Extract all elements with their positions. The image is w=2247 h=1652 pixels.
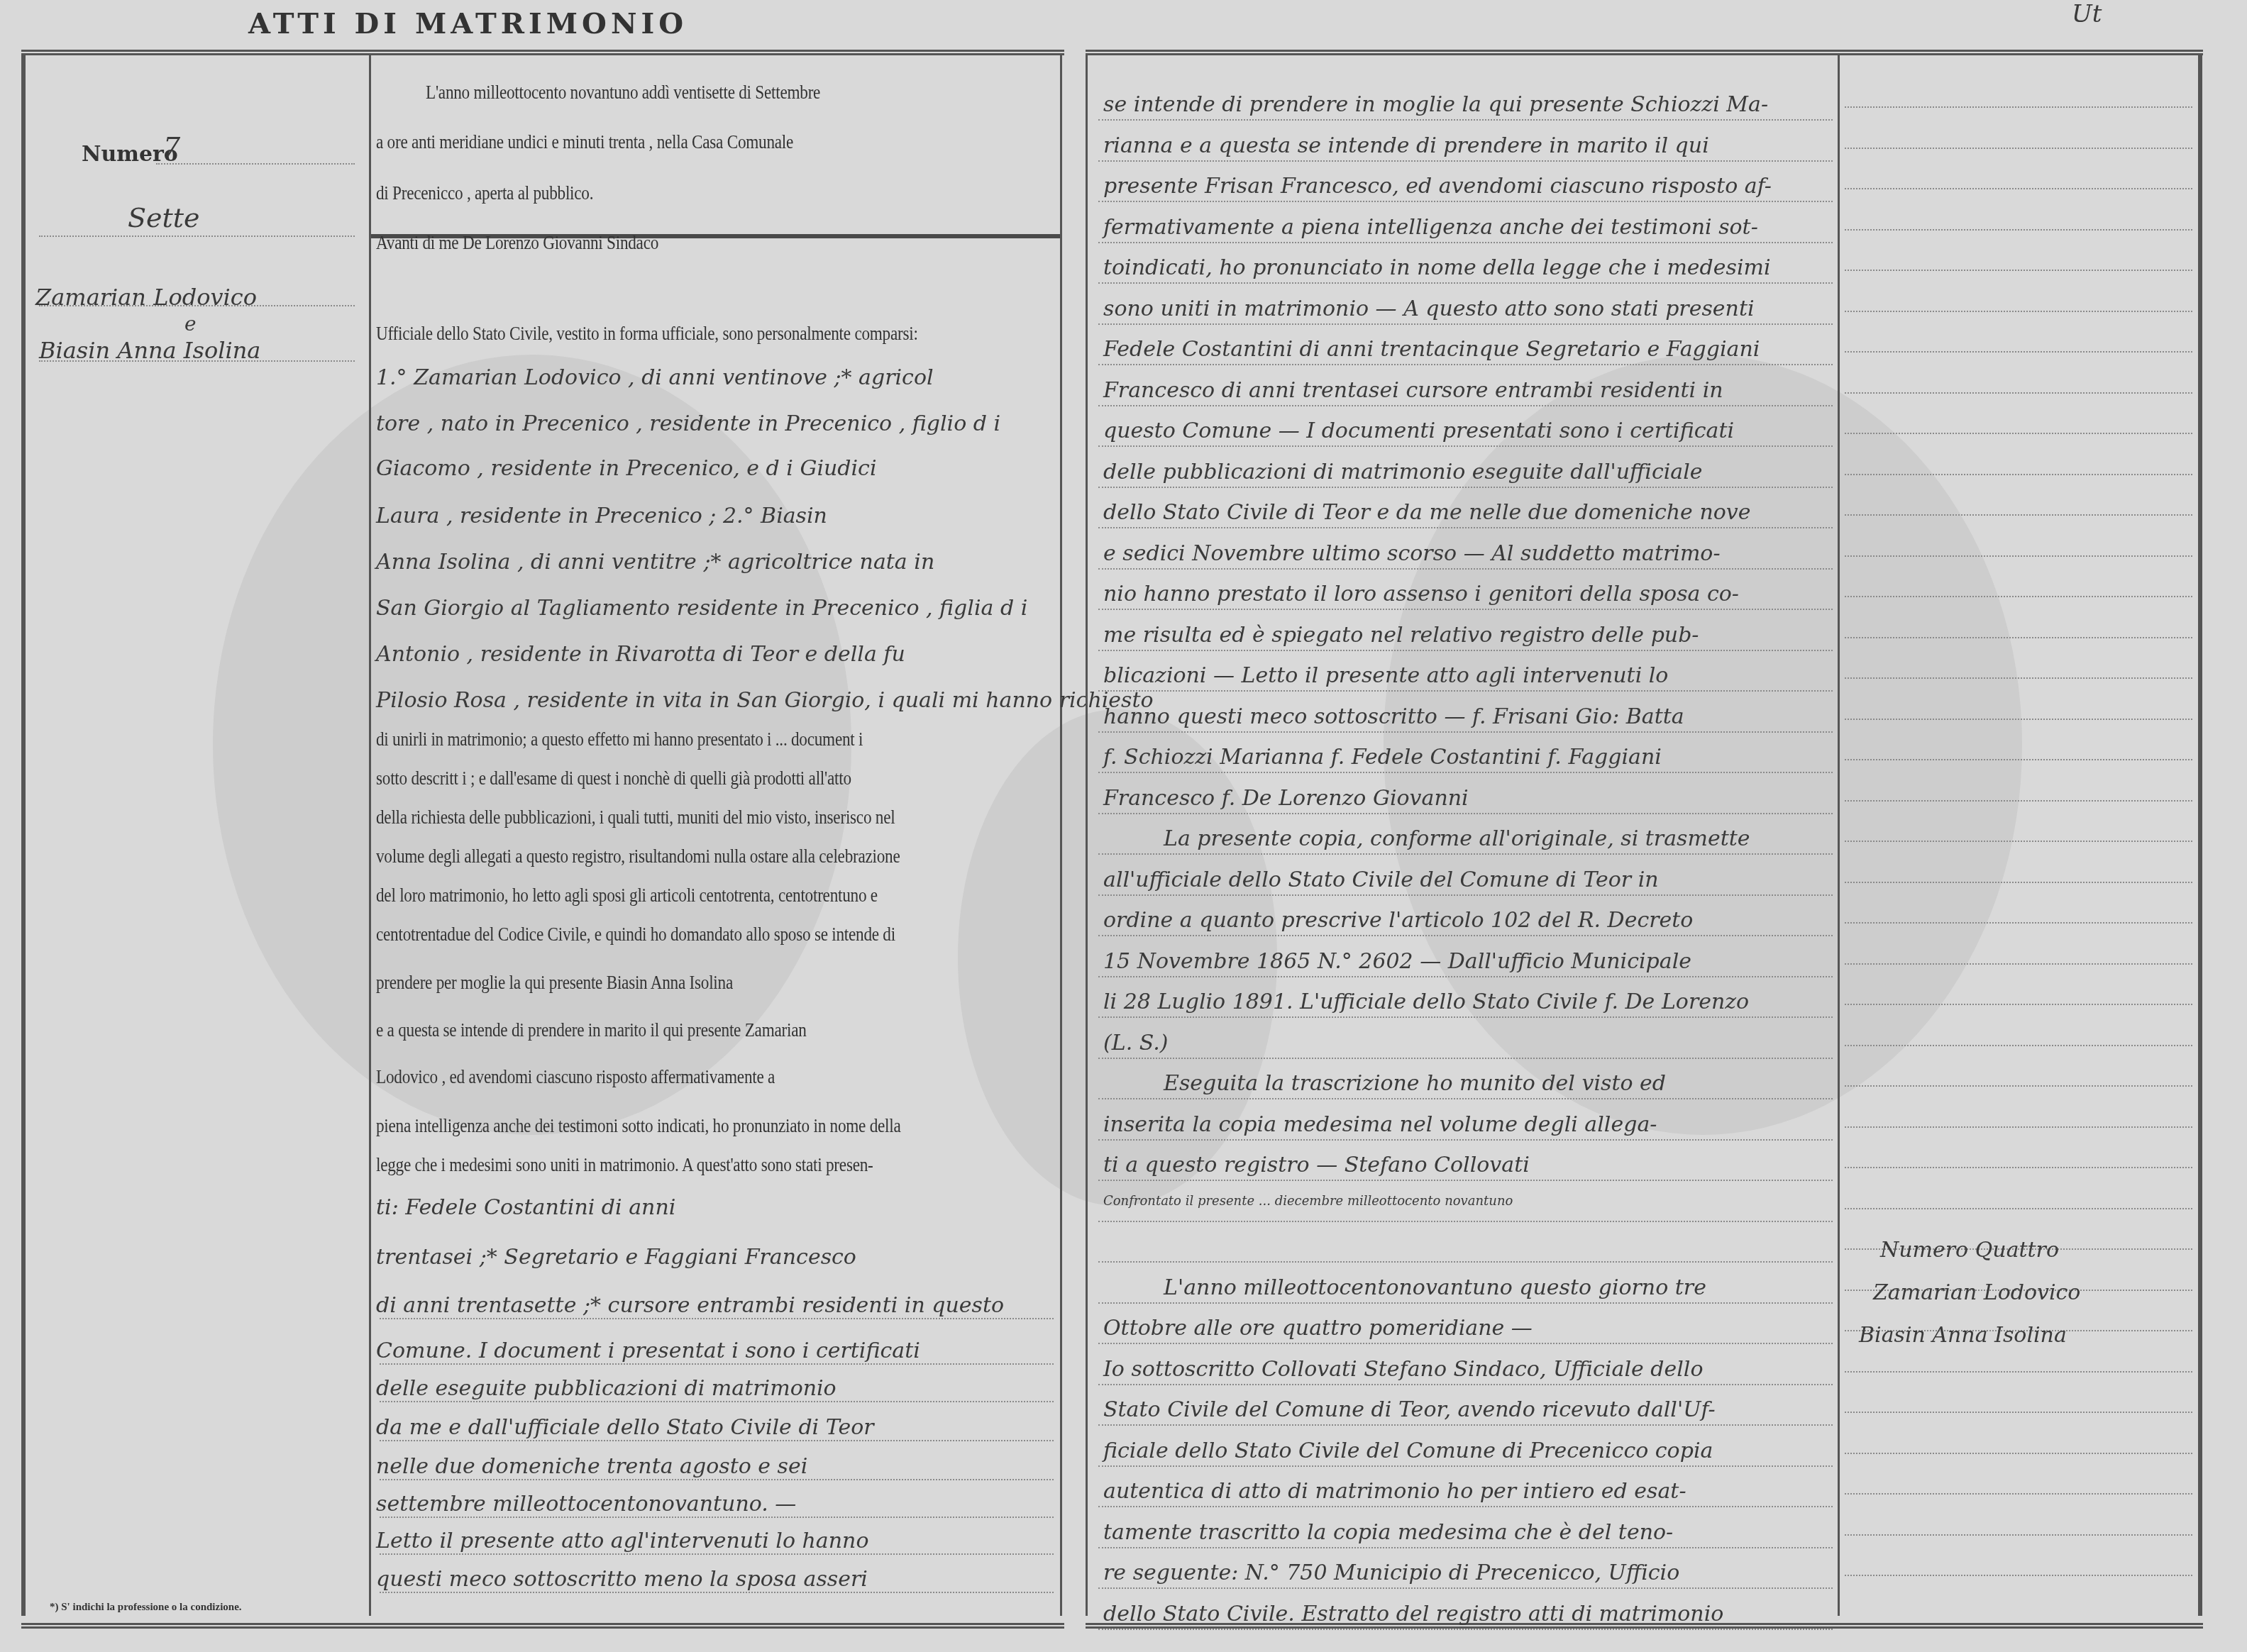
body-line: se intende di prendere in moglie la qui … xyxy=(1103,92,1768,117)
margin-ruled-line xyxy=(1845,759,2192,760)
body-line: tore , nato in Precenico , residente in … xyxy=(376,411,1000,436)
right-page-border-left xyxy=(1086,55,1088,1616)
body-line: rianna e a questa se intende di prendere… xyxy=(1103,133,1709,158)
numero-words-line xyxy=(39,235,355,237)
right-margin-bride: Biasin Anna Isolina xyxy=(1859,1323,2067,1348)
body-line: Ufficiale dello Stato Civile, vestito in… xyxy=(376,323,918,345)
body-line: (L. S.) xyxy=(1103,1031,1168,1055)
ruled-line xyxy=(1098,1629,1833,1630)
ruled-line xyxy=(1098,1547,1833,1548)
body-line: blicazioni — Letto il presente atto agli… xyxy=(1103,663,1668,688)
body-line: nelle due domeniche trenta agosto e sei xyxy=(376,1454,807,1479)
margin-ruled-line xyxy=(1845,800,2192,802)
margin-ruled-line xyxy=(1845,1208,2192,1209)
ruled-line xyxy=(1098,1465,1833,1467)
body-line: Io sottoscritto Collovati Stefano Sindac… xyxy=(1103,1357,1703,1382)
body-line: Francesco f. De Lorenzo Giovanni xyxy=(1103,786,1469,811)
body-line: 1.° Zamarian Lodovico , di anni ventinov… xyxy=(376,365,934,390)
body-line: questo Comune — I documenti presentati s… xyxy=(1103,418,1734,443)
ruled-line xyxy=(1098,160,1833,162)
margin-ruled-line xyxy=(1845,719,2192,720)
margin-ruled-line xyxy=(1845,596,2192,597)
body-line: dello Stato Civile. Estratto del registr… xyxy=(1103,1602,1723,1626)
ruled-line xyxy=(380,1440,1054,1441)
ruled-line xyxy=(380,1592,1054,1593)
ruled-line xyxy=(1098,487,1833,488)
left-page-border-right xyxy=(1060,55,1062,1616)
margin-conjunction: e xyxy=(184,312,197,336)
ruled-line xyxy=(1098,1424,1833,1426)
right-page-border-right xyxy=(2198,55,2202,1616)
body-line: ordine a quanto prescrive l'articolo 102… xyxy=(1103,908,1693,933)
ruled-line xyxy=(1098,1221,1833,1222)
body-line: ti a questo registro — Stefano Collovati xyxy=(1103,1153,1530,1177)
ruled-line xyxy=(380,1517,1054,1518)
ruled-line xyxy=(380,1553,1054,1555)
corner-mark: Ut xyxy=(2072,0,2102,28)
body-line: all'ufficiale dello Stato Civile del Com… xyxy=(1103,867,1659,892)
body-line: di unirli in matrimonio; a questo effett… xyxy=(376,728,863,750)
body-line: fermativamente a piena intelligenza anch… xyxy=(1103,215,1758,240)
body-line: Confrontato il presente ... diecembre mi… xyxy=(1103,1194,1513,1209)
margin-ruled-line xyxy=(1845,841,2192,842)
ruled-line xyxy=(1098,772,1833,773)
body-line: centotrentadue del Codice Civile, e quin… xyxy=(376,924,895,946)
ruled-line xyxy=(380,1318,1054,1319)
body-line: L'anno milleottocento novantuno addì ven… xyxy=(426,82,820,104)
ruled-line xyxy=(380,1363,1054,1365)
margin-ruled-line xyxy=(1845,311,2192,312)
margin-ruled-line xyxy=(1845,1534,2192,1536)
ruled-line xyxy=(1098,1180,1833,1181)
margin-ruled-line xyxy=(1845,514,2192,516)
ruled-line xyxy=(1098,1139,1833,1141)
register-title: ATTI DI MATRIMONIO xyxy=(248,7,688,40)
ruled-line xyxy=(1098,894,1833,896)
left-page-border-left xyxy=(21,55,26,1616)
margin-bride-line xyxy=(39,360,355,362)
body-line: trentasei ;* Segretario e Faggiani Franc… xyxy=(376,1245,856,1270)
body-line: di Precenicco , aperta al pubblico. xyxy=(376,182,593,204)
body-line: inserita la copia medesima nel volume de… xyxy=(1103,1112,1657,1137)
ruled-line xyxy=(1098,405,1833,406)
margin-ruled-line xyxy=(1845,229,2192,231)
body-line: Pilosio Rosa , residente in vita in San … xyxy=(376,688,1154,713)
ruled-line xyxy=(1098,650,1833,651)
body-line: f. Schiozzi Marianna f. Fedele Costantin… xyxy=(1103,745,1662,770)
ruled-line xyxy=(1098,568,1833,570)
margin-ruled-line xyxy=(1845,1004,2192,1005)
body-line: della richiesta delle pubblicazioni, i q… xyxy=(376,806,895,828)
body-line: legge che i medesimi sono uniti in matri… xyxy=(376,1154,873,1176)
body-line: settembre milleottocentonovantuno. — xyxy=(376,1492,796,1517)
body-line: hanno questi meco sottoscritto — f. Fris… xyxy=(1103,704,1684,729)
body-line: Francesco di anni trentasei cursore entr… xyxy=(1103,378,1723,403)
body-line: ficiale dello Stato Civile del Comune di… xyxy=(1103,1438,1713,1463)
margin-ruled-line xyxy=(1845,474,2192,475)
numero-line xyxy=(156,163,355,165)
body-line: Antonio , residente in Rivarotta di Teor… xyxy=(376,642,905,667)
margin-ruled-line xyxy=(1845,1085,2192,1087)
body-line: sono uniti in matrimonio — A questo atto… xyxy=(1103,296,1755,321)
margin-ruled-line xyxy=(1845,1371,2192,1373)
margin-ruled-line xyxy=(1845,922,2192,924)
ruled-line xyxy=(1098,1098,1833,1099)
right-margin-groom: Zamarian Lodovico xyxy=(1873,1280,2080,1305)
numero-words: Sette xyxy=(128,202,200,233)
left-column-divider xyxy=(369,55,371,1616)
body-line: La presente copia, conforme all'original… xyxy=(1164,826,1750,851)
margin-groom: Zamarian Lodovico xyxy=(35,284,257,311)
margin-ruled-line xyxy=(1845,351,2192,353)
margin-ruled-line xyxy=(1845,1575,2192,1576)
body-line: del loro matrimonio, ho letto agli sposi… xyxy=(376,885,878,907)
ruled-line xyxy=(1098,323,1833,325)
ruled-line xyxy=(1098,609,1833,610)
margin-ruled-line xyxy=(1845,1493,2192,1495)
body-line: Lodovico , ed avendomi ciascuno risposto… xyxy=(376,1066,775,1088)
body-line: autentica di atto di matrimonio ho per i… xyxy=(1103,1479,1686,1504)
body-line: di anni trentasette ;* cursore entrambi … xyxy=(376,1293,1004,1318)
margin-ruled-line xyxy=(1845,106,2192,108)
margin-ruled-line xyxy=(1845,392,2192,394)
ruled-line xyxy=(1098,1016,1833,1018)
body-line: Fedele Costantini di anni trentacinque S… xyxy=(1103,337,1760,362)
body-line: Stato Civile del Comune di Teor, avendo … xyxy=(1103,1397,1716,1422)
body-line: Anna Isolina , di anni ventitre ;* agric… xyxy=(376,550,934,575)
body-line: delle eseguite pubblicazioni di matrimon… xyxy=(376,1376,837,1401)
margin-ruled-line xyxy=(1845,963,2192,965)
margin-ruled-line xyxy=(1845,148,2192,149)
ruled-line xyxy=(1098,119,1833,121)
ruled-line xyxy=(1098,1343,1833,1344)
margin-ruled-line xyxy=(1845,1412,2192,1413)
ruled-line xyxy=(1098,1261,1833,1263)
ruled-line xyxy=(1098,853,1833,855)
body-line: volume degli allegati a questo registro,… xyxy=(376,846,900,867)
body-line: li 28 Luglio 1891. L'ufficiale dello Sta… xyxy=(1103,989,1749,1014)
margin-ruled-line xyxy=(1845,1167,2192,1168)
margin-groom-line xyxy=(39,305,355,306)
numero-value: 7 xyxy=(163,131,180,162)
ruled-line xyxy=(1098,813,1833,814)
body-line: questi meco sottoscritto meno la sposa a… xyxy=(376,1567,868,1592)
margin-ruled-line xyxy=(1845,188,2192,189)
body-line: 15 Novembre 1865 N.° 2602 — Dall'ufficio… xyxy=(1103,949,1691,974)
body-line: Avanti di me De Lorenzo Giovanni Sindaco xyxy=(376,232,658,254)
ruled-line xyxy=(1098,1587,1833,1589)
body-line: San Giorgio al Tagliamento residente in … xyxy=(376,596,1027,621)
body-line: nio hanno prestato il loro assenso i gen… xyxy=(1103,582,1739,606)
ruled-line xyxy=(1098,1506,1833,1507)
ruled-line xyxy=(380,1479,1054,1480)
ruled-line xyxy=(1098,242,1833,243)
margin-ruled-line xyxy=(1845,270,2192,271)
ruled-line xyxy=(1098,201,1833,202)
body-line: me risulta ed è spiegato nel relativo re… xyxy=(1103,623,1699,648)
body-line: prendere per moglie la qui presente Bias… xyxy=(376,972,733,994)
body-line: piena intelligenza anche dei testimoni s… xyxy=(376,1115,900,1137)
body-line: toindicati, ho pronunciato in nome della… xyxy=(1103,255,1771,280)
margin-ruled-line xyxy=(1845,637,2192,638)
ruled-line xyxy=(1098,731,1833,733)
ruled-line xyxy=(1098,935,1833,936)
body-line: Comune. I document i presentat i sono i … xyxy=(376,1338,920,1363)
body-line: a ore anti meridiane undici e minuti tre… xyxy=(376,131,793,153)
body-line: tamente trascritto la copia medesima che… xyxy=(1103,1520,1673,1545)
margin-ruled-line xyxy=(1845,555,2192,557)
ruled-line xyxy=(1098,282,1833,284)
ruled-line xyxy=(1098,445,1833,447)
body-line: dello Stato Civile di Teor e da me nelle… xyxy=(1103,500,1750,525)
ruled-line xyxy=(380,1401,1054,1402)
margin-ruled-line xyxy=(1845,433,2192,434)
body-line: delle pubblicazioni di matrimonio esegui… xyxy=(1103,460,1703,484)
margin-ruled-line xyxy=(1845,1045,2192,1046)
ruled-line xyxy=(1098,1384,1833,1385)
body-line: presente Frisan Francesco, ed avendomi c… xyxy=(1103,174,1772,199)
body-line: re seguente: N.° 750 Municipio di Precen… xyxy=(1103,1560,1679,1585)
footnote: *) S' indichi la professione o la condiz… xyxy=(50,1602,242,1614)
right-column-divider xyxy=(1838,55,1840,1616)
body-line: L'anno milleottocentonovantuno questo gi… xyxy=(1164,1275,1706,1300)
body-line: Giacomo , residente in Precenico, e d i … xyxy=(376,456,877,481)
margin-ruled-line xyxy=(1845,677,2192,679)
body-line: ti: Fedele Costantini di anni xyxy=(376,1195,675,1220)
ruled-line xyxy=(1098,1058,1833,1059)
body-line: Letto il presente atto agl'intervenuti l… xyxy=(376,1529,868,1553)
body-line: Eseguita la trascrizione ho munito del v… xyxy=(1164,1071,1666,1096)
body-line: Laura , residente in Precenico ; 2.° Bia… xyxy=(376,504,827,528)
ruled-line xyxy=(1098,1302,1833,1304)
margin-ruled-line xyxy=(1845,882,2192,883)
body-line: e sedici Novembre ultimo scorso — Al sud… xyxy=(1103,541,1721,566)
margin-ruled-line xyxy=(1845,1453,2192,1454)
margin-ruled-line xyxy=(1845,1126,2192,1128)
right-margin-numero: Numero Quattro xyxy=(1880,1238,2059,1263)
ruled-line xyxy=(1098,690,1833,692)
body-line: da me e dall'ufficiale dello Stato Civil… xyxy=(376,1415,874,1440)
ruled-line xyxy=(1098,976,1833,977)
ruled-line xyxy=(1098,527,1833,528)
body-line: e a questa se intende di prendere in mar… xyxy=(376,1019,807,1041)
ruled-line xyxy=(1098,364,1833,365)
body-line: sotto descritt i ; e dall'esame di quest… xyxy=(376,767,851,789)
body-line: Ottobre alle ore quattro pomeridiane — xyxy=(1103,1316,1533,1341)
